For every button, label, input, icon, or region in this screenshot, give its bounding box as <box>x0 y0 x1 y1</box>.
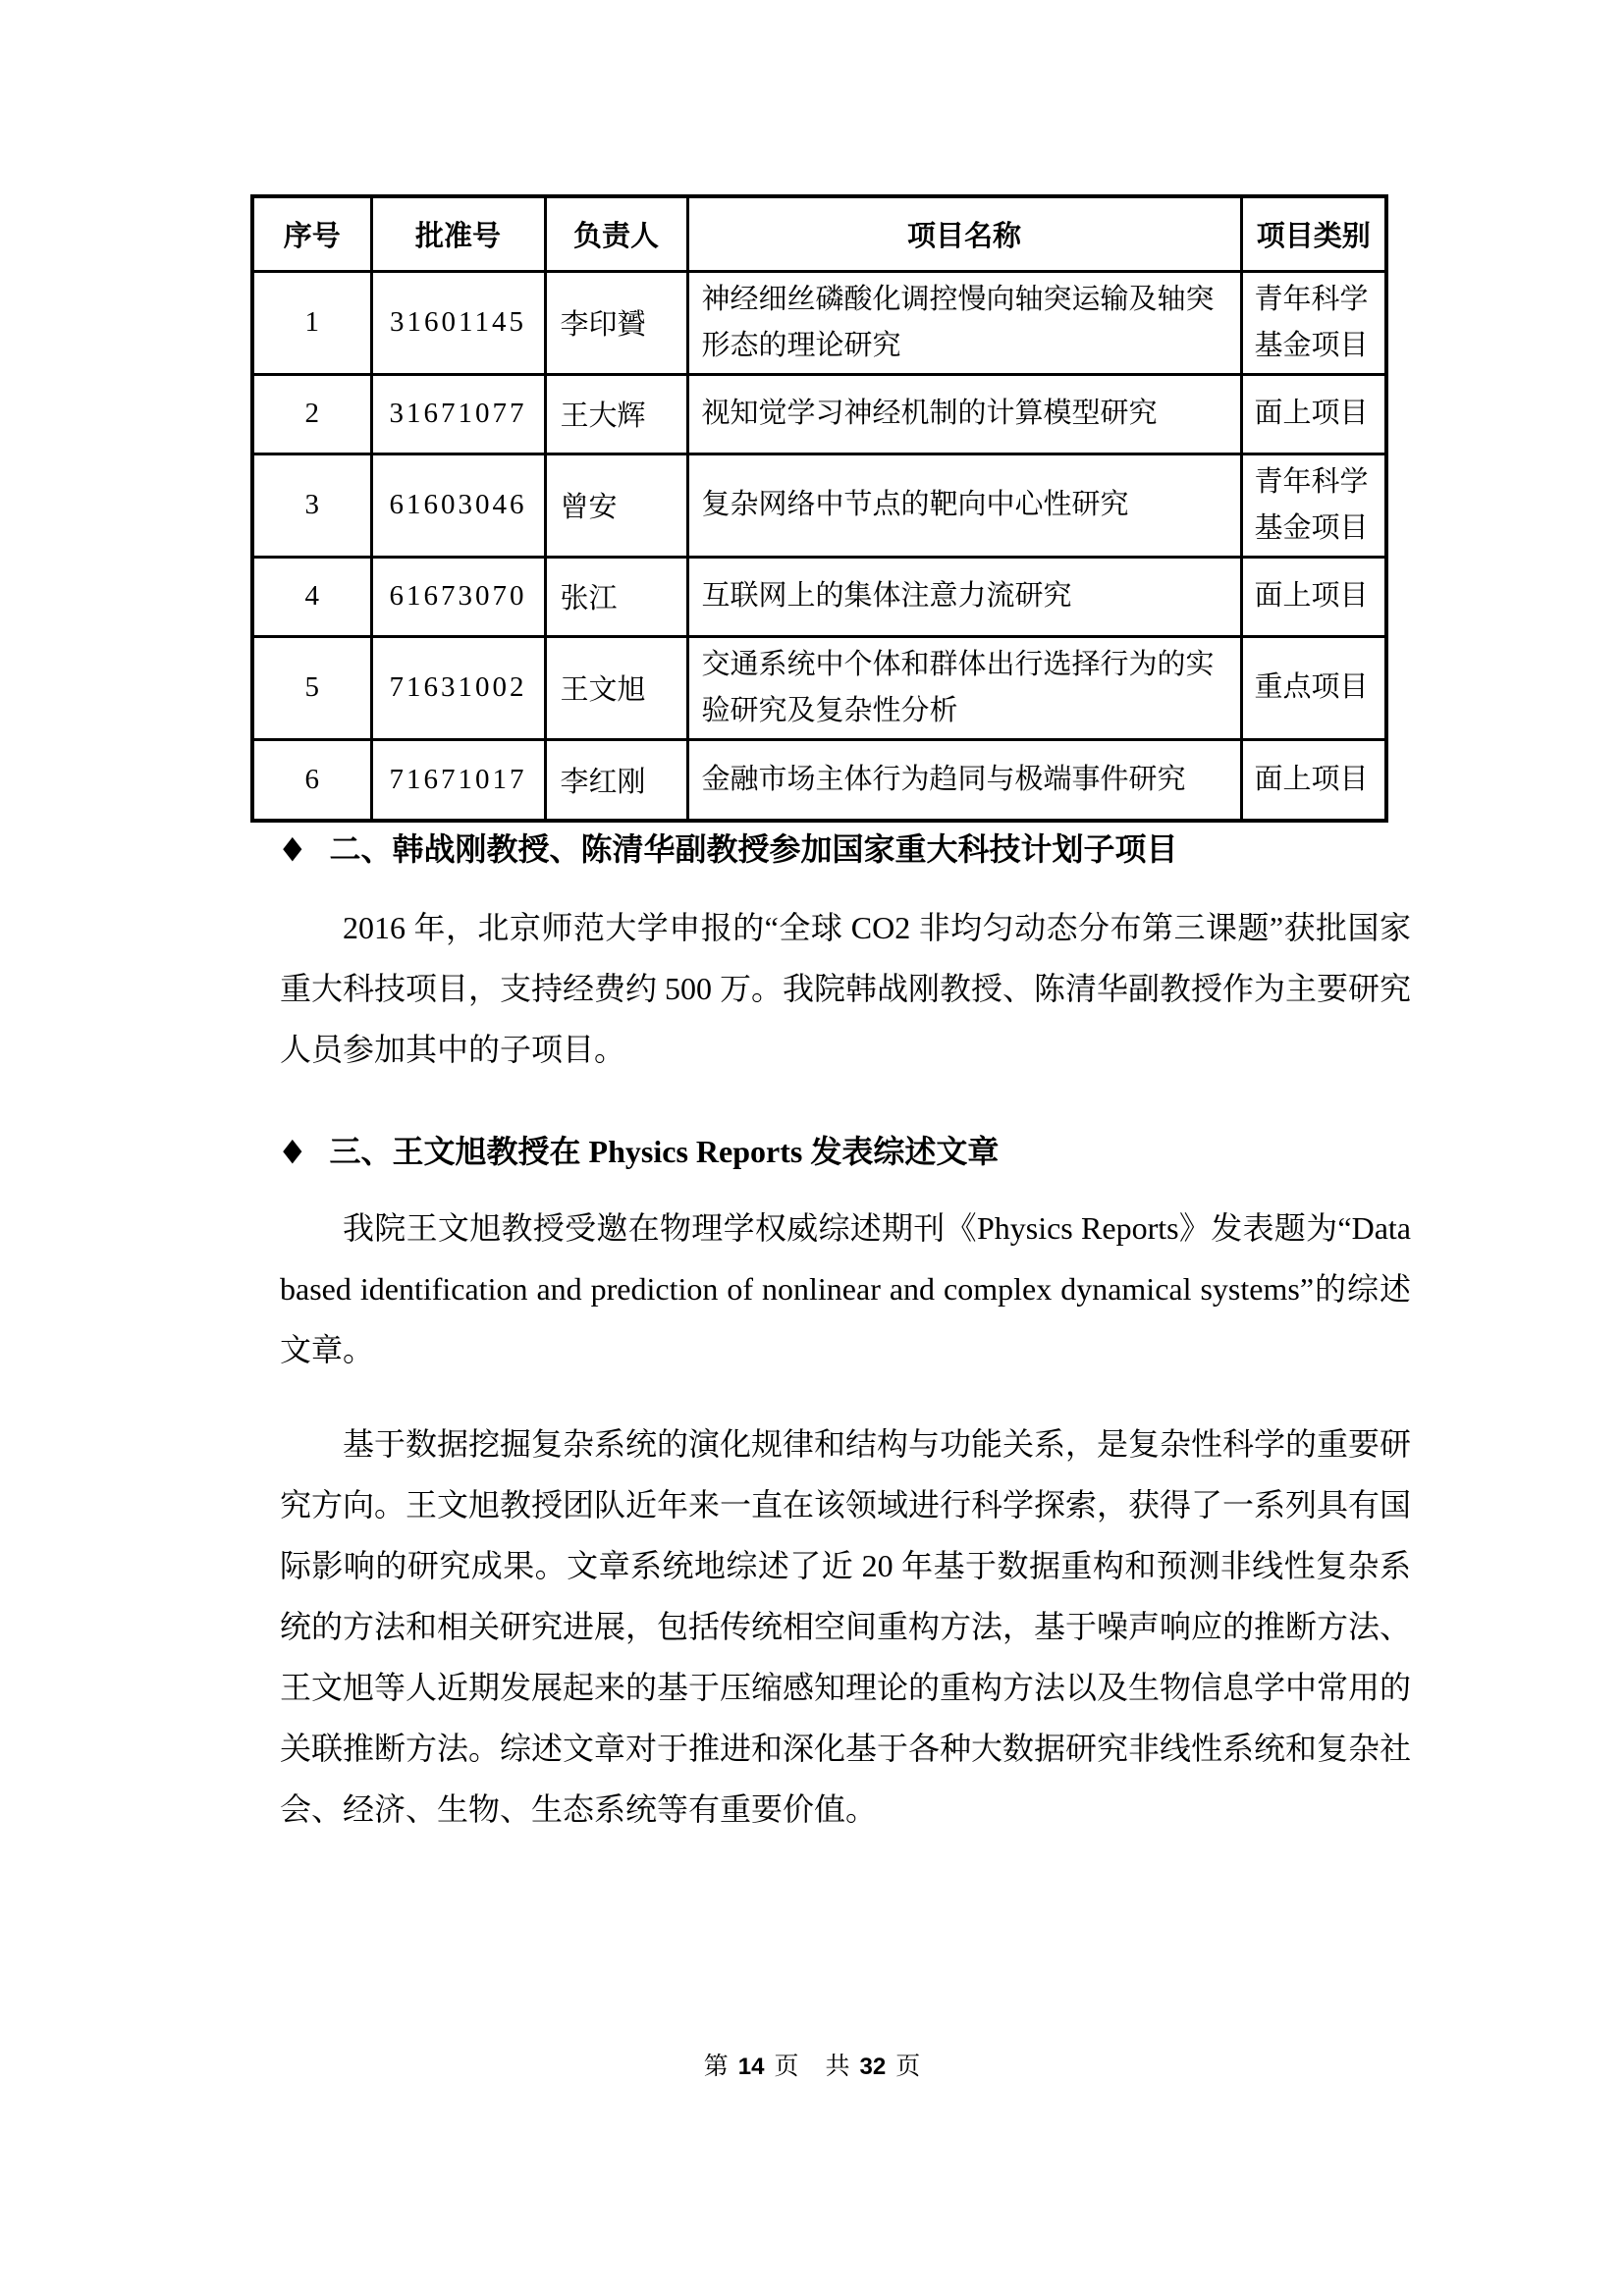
section-heading-3: ◆ 三、王文旭教授在 Physics Reports 发表综述文章 <box>282 1127 999 1172</box>
cell-project-title: 金融市场主体行为趋同与极端事件研究 <box>687 739 1241 821</box>
footer-prefix: 第 <box>704 2054 729 2080</box>
total-page-number: 32 <box>860 2054 887 2080</box>
current-page-number: 14 <box>738 2054 765 2080</box>
cell-grant-number: 61603046 <box>371 454 545 557</box>
col-header-project-category: 项目类别 <box>1241 196 1386 271</box>
cell-grant-number: 71631002 <box>371 636 545 739</box>
table-row: 4 61673070 张江 互联网上的集体注意力流研究 面上项目 <box>252 557 1386 636</box>
cell-grant-number: 71671017 <box>371 739 545 821</box>
projects-table: 序号 批准号 负责人 项目名称 项目类别 1 31601145 李印贇 神经细丝… <box>250 194 1388 823</box>
table-row: 5 71631002 王文旭 交通系统中个体和群体出行选择行为的实验研究及复杂性… <box>252 636 1386 739</box>
paragraph: 我院王文旭教授受邀在物理学权威综述期刊《Physics Reports》发表题为… <box>280 1198 1411 1380</box>
paragraph: 2016 年，北京师范大学申报的“全球 CO2 非均匀动态分布第三课题”获批国家… <box>280 897 1411 1080</box>
cell-project-category: 面上项目 <box>1241 374 1386 454</box>
cell-pi: 王大辉 <box>545 374 687 454</box>
col-header-pi: 负责人 <box>545 196 687 271</box>
cell-pi: 李红刚 <box>545 739 687 821</box>
cell-grant-number: 31601145 <box>371 271 545 374</box>
col-header-project-title: 项目名称 <box>687 196 1241 271</box>
cell-pi: 李印贇 <box>545 271 687 374</box>
section-heading-2: ◆ 二、韩战刚教授、陈清华副教授参加国家重大科技计划子项目 <box>282 825 1178 870</box>
diamond-bullet-icon: ◆ <box>283 828 301 866</box>
cell-project-title: 互联网上的集体注意力流研究 <box>687 557 1241 636</box>
table-row: 3 61603046 曾安 复杂网络中节点的靶向中心性研究 青年科学基金项目 <box>252 454 1386 557</box>
cell-index: 5 <box>252 636 371 739</box>
cell-pi: 王文旭 <box>545 636 687 739</box>
table-row: 1 31601145 李印贇 神经细丝磷酸化调控慢向轴突运输及轴突形态的理论研究… <box>252 271 1386 374</box>
diamond-bullet-icon: ◆ <box>283 1130 301 1168</box>
cell-pi: 曾安 <box>545 454 687 557</box>
cell-project-category: 面上项目 <box>1241 557 1386 636</box>
cell-project-title: 复杂网络中节点的靶向中心性研究 <box>687 454 1241 557</box>
col-header-index: 序号 <box>252 196 371 271</box>
cell-project-title: 视知觉学习神经机制的计算模型研究 <box>687 374 1241 454</box>
cell-index: 3 <box>252 454 371 557</box>
cell-index: 2 <box>252 374 371 454</box>
table-row: 2 31671077 王大辉 视知觉学习神经机制的计算模型研究 面上项目 <box>252 374 1386 454</box>
table-header-row: 序号 批准号 负责人 项目名称 项目类别 <box>252 196 1386 271</box>
section-heading-text: 二、韩战刚教授、陈清华副教授参加国家重大科技计划子项目 <box>330 825 1178 870</box>
col-header-grant-number: 批准号 <box>371 196 545 271</box>
section-heading-text: 三、王文旭教授在 Physics Reports 发表综述文章 <box>330 1127 1000 1172</box>
footer-total-label: 页 <box>895 2054 920 2080</box>
cell-index: 4 <box>252 557 371 636</box>
footer-total-prefix: 共 <box>826 2054 850 2080</box>
paragraph: 基于数据挖掘复杂系统的演化规律和结构与功能关系，是复杂性科学的重要研究方向。王文… <box>280 1414 1411 1840</box>
table-row: 6 71671017 李红刚 金融市场主体行为趋同与极端事件研究 面上项目 <box>252 739 1386 821</box>
cell-grant-number: 61673070 <box>371 557 545 636</box>
document-page: 序号 批准号 负责人 项目名称 项目类别 1 31601145 李印贇 神经细丝… <box>0 0 1624 2296</box>
cell-project-title: 交通系统中个体和群体出行选择行为的实验研究及复杂性分析 <box>687 636 1241 739</box>
footer-page-label: 页 <box>774 2054 798 2080</box>
cell-grant-number: 31671077 <box>371 374 545 454</box>
cell-project-category: 重点项目 <box>1241 636 1386 739</box>
cell-pi: 张江 <box>545 557 687 636</box>
cell-project-category: 青年科学基金项目 <box>1241 271 1386 374</box>
page-footer: 第14页共32页 <box>0 2047 1624 2082</box>
cell-project-category: 青年科学基金项目 <box>1241 454 1386 557</box>
cell-project-title: 神经细丝磷酸化调控慢向轴突运输及轴突形态的理论研究 <box>687 271 1241 374</box>
cell-index: 1 <box>252 271 371 374</box>
cell-index: 6 <box>252 739 371 821</box>
cell-project-category: 面上项目 <box>1241 739 1386 821</box>
